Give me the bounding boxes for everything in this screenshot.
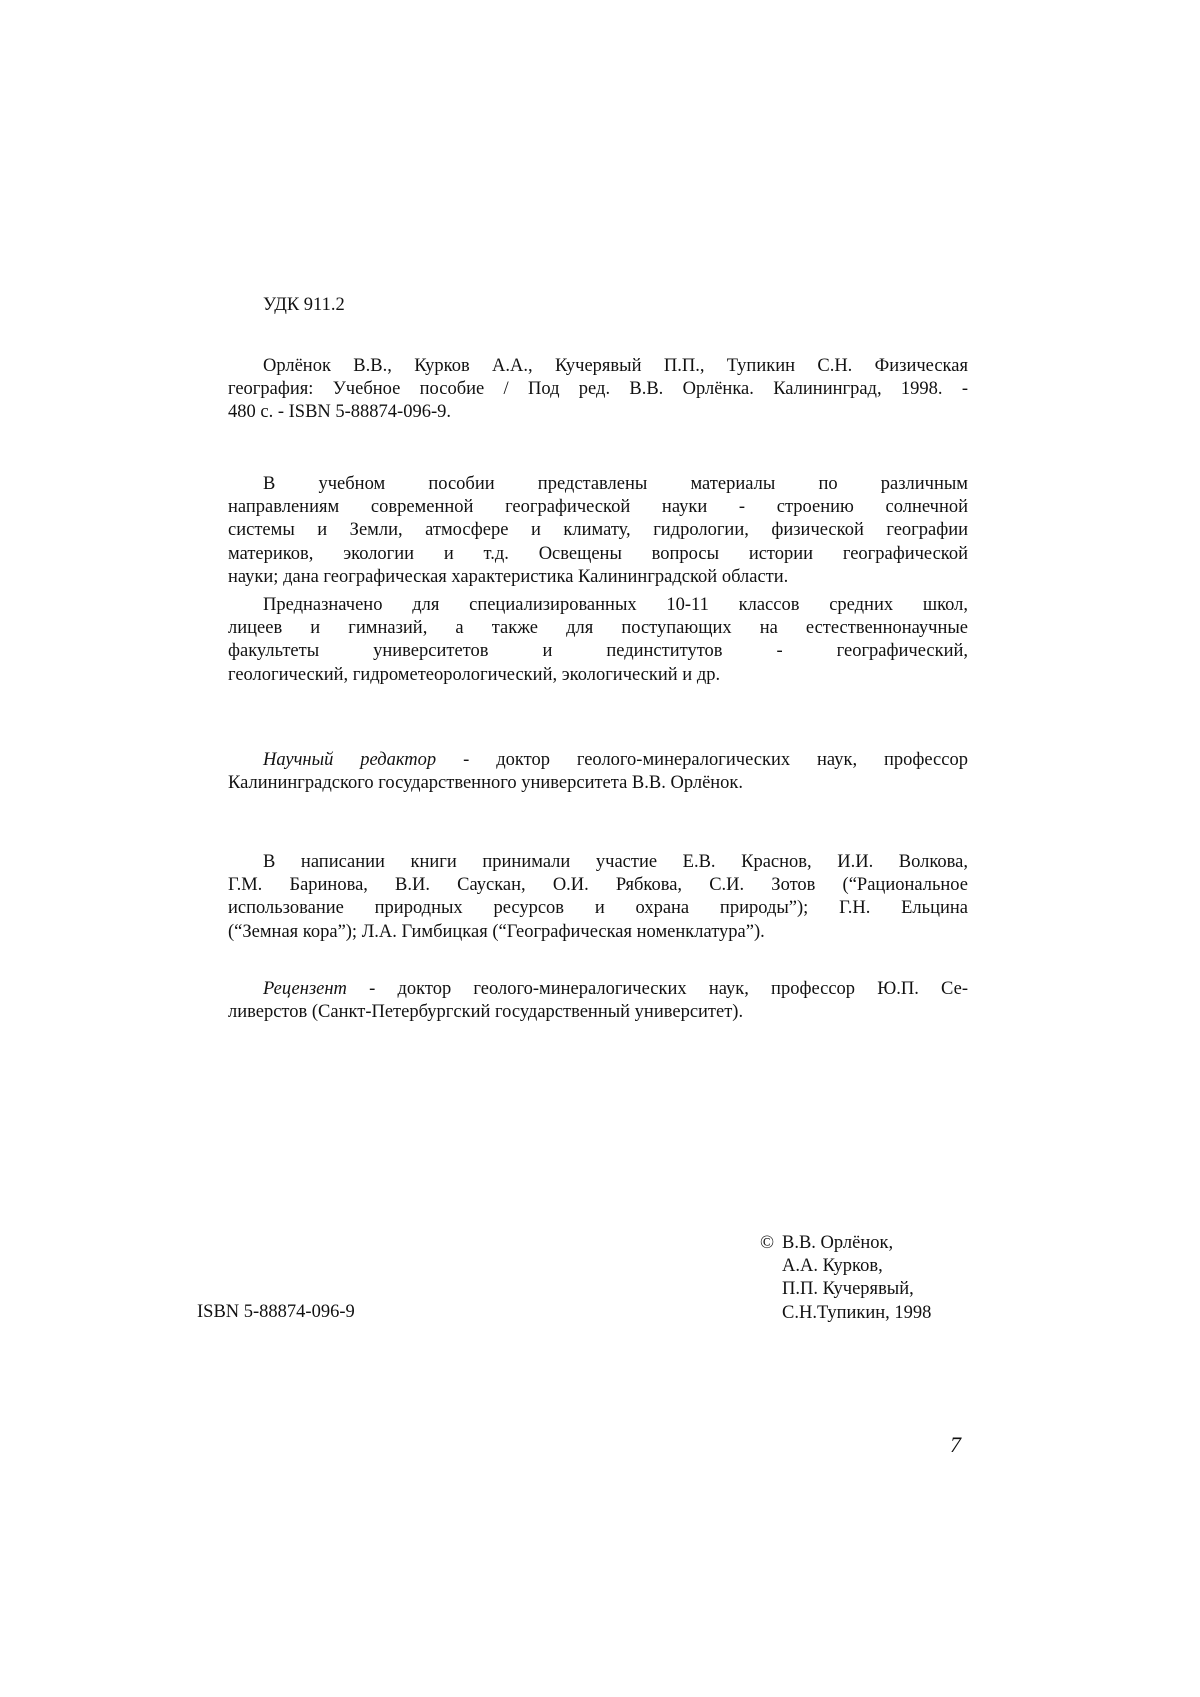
editor-label: Научный редактор — [263, 750, 436, 770]
bib-line: 480 с. - ISBN 5-88874-096-9. — [228, 401, 968, 424]
copyright-holder: А.А. Курков, — [760, 1255, 931, 1278]
copyright-icon: © — [760, 1232, 782, 1255]
abstract-paragraph: В учебном пособии представлены материалы… — [228, 473, 968, 589]
abstract-line: науки; дана географическая характеристик… — [228, 566, 968, 589]
contributors-paragraph: В написании книги принимали участие Е.В.… — [228, 851, 968, 944]
copyright-line: ©В.В. Орлёнок, — [760, 1232, 931, 1255]
bib-line: Орлёнок В.В., Курков А.А., Кучерявый П.П… — [228, 355, 968, 378]
abstract-line: системы и Земли, атмосфере и климату, ги… — [228, 519, 968, 542]
copyright-holder: С.Н.Тупикин, 1998 — [760, 1302, 931, 1325]
reviewer-line: ливерстов (Санкт-Петербургский государст… — [228, 1001, 968, 1024]
purpose-paragraph: Предназначено для специализированных 10-… — [228, 594, 968, 687]
purpose-line: лицеев и гимназий, а также для поступающ… — [228, 617, 968, 640]
editor-desc: - доктор геолого-минералогических наук, … — [436, 750, 968, 770]
page-number: 7 — [950, 1432, 961, 1458]
reviewer-line: Рецензент - доктор геолого-минералогичес… — [228, 978, 968, 1001]
abstract-line: материков, экологии и т.д. Освещены вопр… — [228, 543, 968, 566]
reviewer-desc: - доктор геолого-минералогических наук, … — [347, 979, 968, 999]
purpose-line: геологический, гидрометеорологический, э… — [228, 664, 968, 687]
bibliographic-reference: Орлёнок В.В., Курков А.А., Кучерявый П.П… — [228, 355, 968, 425]
purpose-line: факультеты университетов и пединститутов… — [228, 640, 968, 663]
purpose-line: Предназначено для специализированных 10-… — [228, 594, 968, 617]
isbn: ISBN 5-88874-096-9 — [197, 1301, 355, 1324]
editor-line: Научный редактор - доктор геолого-минера… — [228, 749, 968, 772]
contrib-line: Г.М. Баринова, В.И. Саускан, О.И. Рябков… — [228, 874, 968, 897]
copyright-block: ©В.В. Орлёнок, А.А. Курков, П.П. Кучеряв… — [760, 1232, 931, 1325]
reviewer: Рецензент - доктор геолого-минералогичес… — [228, 978, 968, 1024]
contrib-line: В написании книги принимали участие Е.В.… — [228, 851, 968, 874]
abstract-line: направлениям современной географической … — [228, 496, 968, 519]
abstract-line: В учебном пособии представлены материалы… — [228, 473, 968, 496]
copyright-holder: В.В. Орлёнок, — [782, 1233, 893, 1253]
reviewer-label: Рецензент — [263, 979, 347, 999]
scientific-editor: Научный редактор - доктор геолого-минера… — [228, 749, 968, 795]
contrib-line: использование природных ресурсов и охран… — [228, 897, 968, 920]
copyright-holder: П.П. Кучерявый, — [760, 1278, 931, 1301]
udk-code: УДК 911.2 — [263, 294, 345, 317]
bib-line: география: Учебное пособие / Под ред. В.… — [228, 378, 968, 401]
editor-line: Калининградского государственного универ… — [228, 772, 968, 795]
contrib-line: (“Земная кора”); Л.А. Гимбицкая (“Геогра… — [228, 921, 968, 944]
